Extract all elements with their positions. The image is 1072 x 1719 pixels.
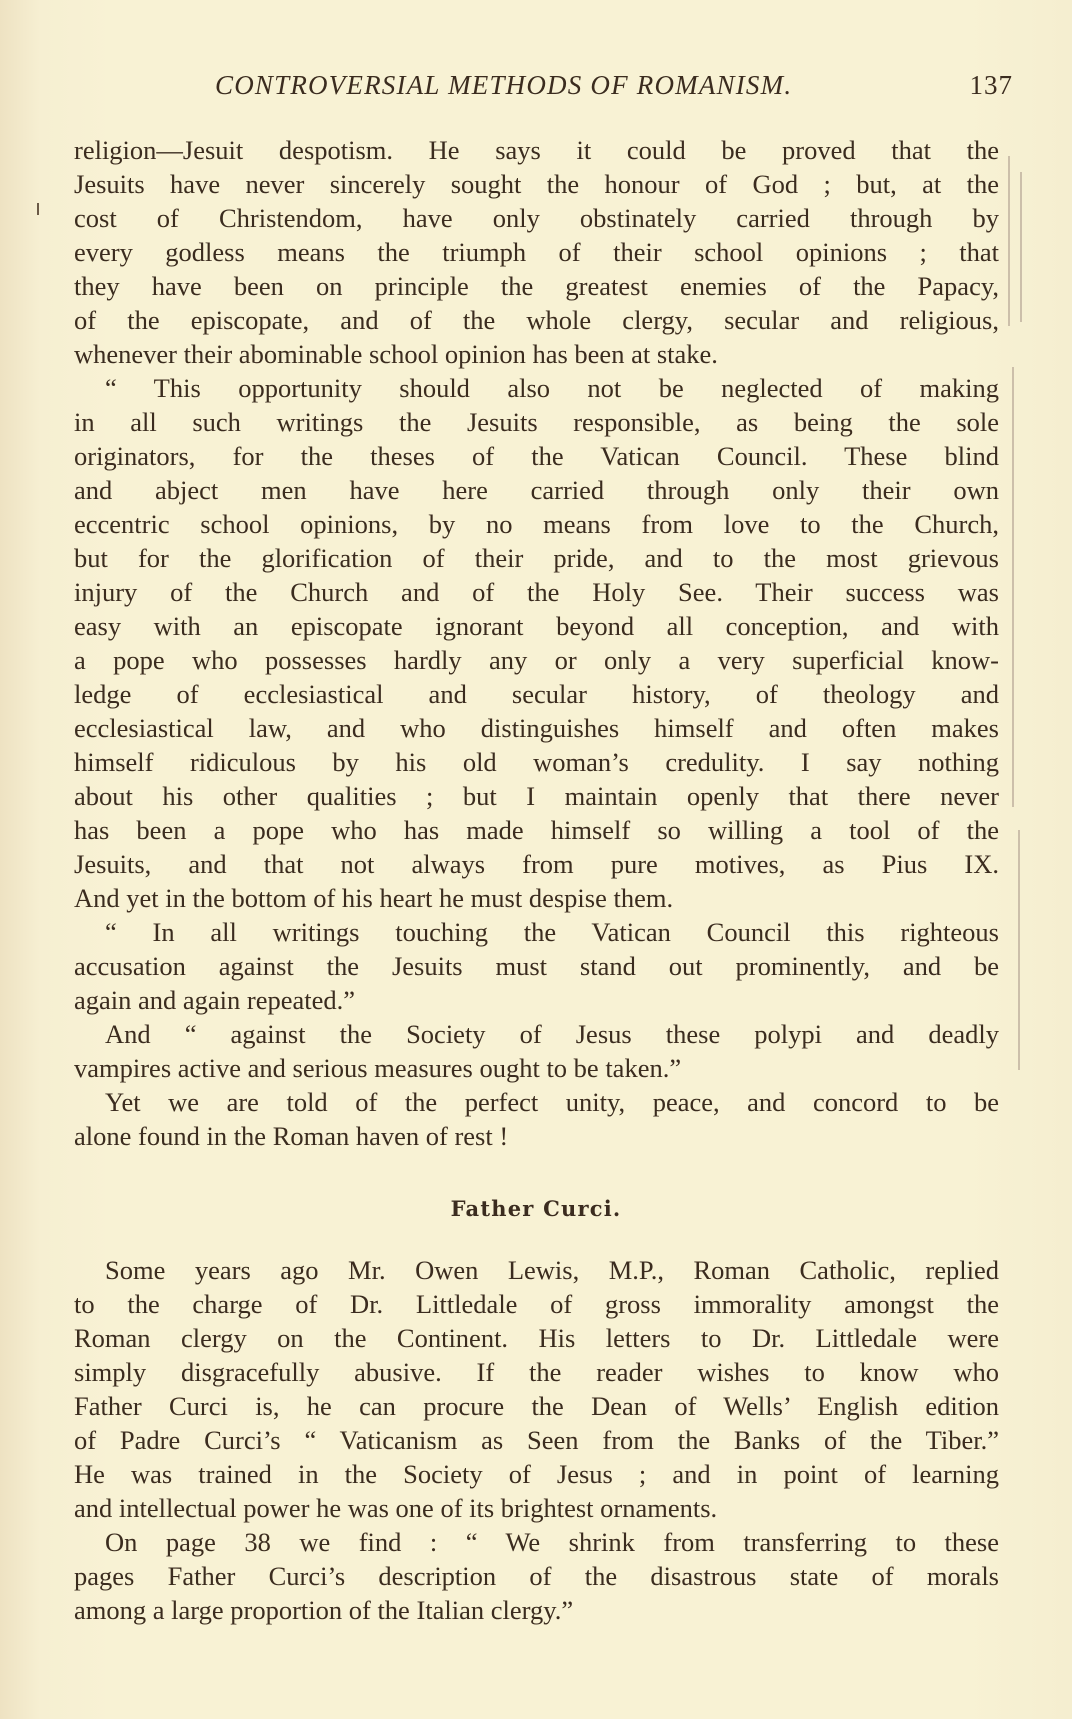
running-title: CONTROVERSIAL METHODS OF ROMANISM.: [215, 70, 792, 101]
text-line: originators, for the theses of the Vatic…: [74, 439, 999, 473]
text-line: cost of Christendom, have only obstinate…: [74, 201, 999, 235]
text-line: and abject men have here carried through…: [74, 473, 999, 507]
stray-mark: [37, 203, 39, 215]
text-line: every godless means the triumph of their…: [74, 235, 999, 269]
text-line: about his other qualities ; but I mainta…: [74, 779, 999, 813]
text-line: in all such writings the Jesuits respons…: [74, 405, 999, 439]
text-line: alone found in the Roman haven of rest !: [74, 1119, 999, 1153]
text-line: On page 38 we find : “ We shrink from tr…: [74, 1525, 999, 1559]
text-line: pages Father Curci’s description of the …: [74, 1559, 999, 1593]
text-line: himself ridiculous by his old woman’s cr…: [74, 745, 999, 779]
text-line: whenever their abominable school opinion…: [74, 337, 999, 371]
pencil-margin-mark: [1008, 156, 1010, 326]
text-line: Jesuits, and that not always from pure m…: [74, 847, 999, 881]
text-line: He was trained in the Society of Jesus ;…: [74, 1457, 999, 1491]
body-text-section-2: Some years ago Mr. Owen Lewis, M.P., Rom…: [74, 1253, 999, 1627]
text-line: but for the glorification of their pride…: [74, 541, 999, 575]
text-line: ecclesiastical law, and who distinguishe…: [74, 711, 999, 745]
text-line: again and again repeated.”: [74, 983, 999, 1017]
text-line: religion—Jesuit despotism. He says it co…: [74, 133, 999, 167]
running-head: CONTROVERSIAL METHODS OF ROMANISM. 137: [215, 70, 1013, 110]
text-line: and intellectual power he was one of its…: [74, 1491, 999, 1525]
text-line: And yet in the bottom of his heart he mu…: [74, 881, 999, 915]
text-line: they have been on principle the greatest…: [74, 269, 999, 303]
text-line: to the charge of Dr. Littledale of gross…: [74, 1287, 999, 1321]
pencil-margin-mark: [1018, 830, 1020, 1070]
text-line: of Padre Curci’s “ Vaticanism as Seen fr…: [74, 1423, 999, 1457]
text-line: “ In all writings touching the Vatican C…: [74, 915, 999, 949]
text-line: has been a pope who has made himself so …: [74, 813, 999, 847]
text-line: Yet we are told of the perfect unity, pe…: [74, 1085, 999, 1119]
text-line: “ This opportunity should also not be ne…: [74, 371, 999, 405]
text-line: Some years ago Mr. Owen Lewis, M.P., Rom…: [74, 1253, 999, 1287]
text-line: ledge of ecclesiastical and secular hist…: [74, 677, 999, 711]
pencil-margin-mark: [1020, 172, 1022, 322]
text-line: accusation against the Jesuits must stan…: [74, 949, 999, 983]
text-line: Father Curci is, he can procure the Dean…: [74, 1389, 999, 1423]
text-line: And “ against the Society of Jesus these…: [74, 1017, 999, 1051]
text-line: Roman clergy on the Continent. His lette…: [74, 1321, 999, 1355]
body-text-section-1: religion—Jesuit despotism. He says it co…: [74, 133, 999, 1153]
text-line: easy with an episcopate ignorant beyond …: [74, 609, 999, 643]
page-number: 137: [970, 70, 1014, 101]
pencil-margin-mark: [1012, 367, 1014, 807]
text-line: among a large proportion of the Italian …: [74, 1593, 999, 1627]
text-line: eccentric school opinions, by no means f…: [74, 507, 999, 541]
text-line: Jesuits have never sincerely sought the …: [74, 167, 999, 201]
section-heading: Father Curci.: [0, 1196, 1072, 1221]
text-line: vampires active and serious measures oug…: [74, 1051, 999, 1085]
text-line: simply disgracefully abusive. If the rea…: [74, 1355, 999, 1389]
text-line: of the episcopate, and of the whole cler…: [74, 303, 999, 337]
text-line: a pope who possesses hardly any or only …: [74, 643, 999, 677]
text-line: injury of the Church and of the Holy See…: [74, 575, 999, 609]
